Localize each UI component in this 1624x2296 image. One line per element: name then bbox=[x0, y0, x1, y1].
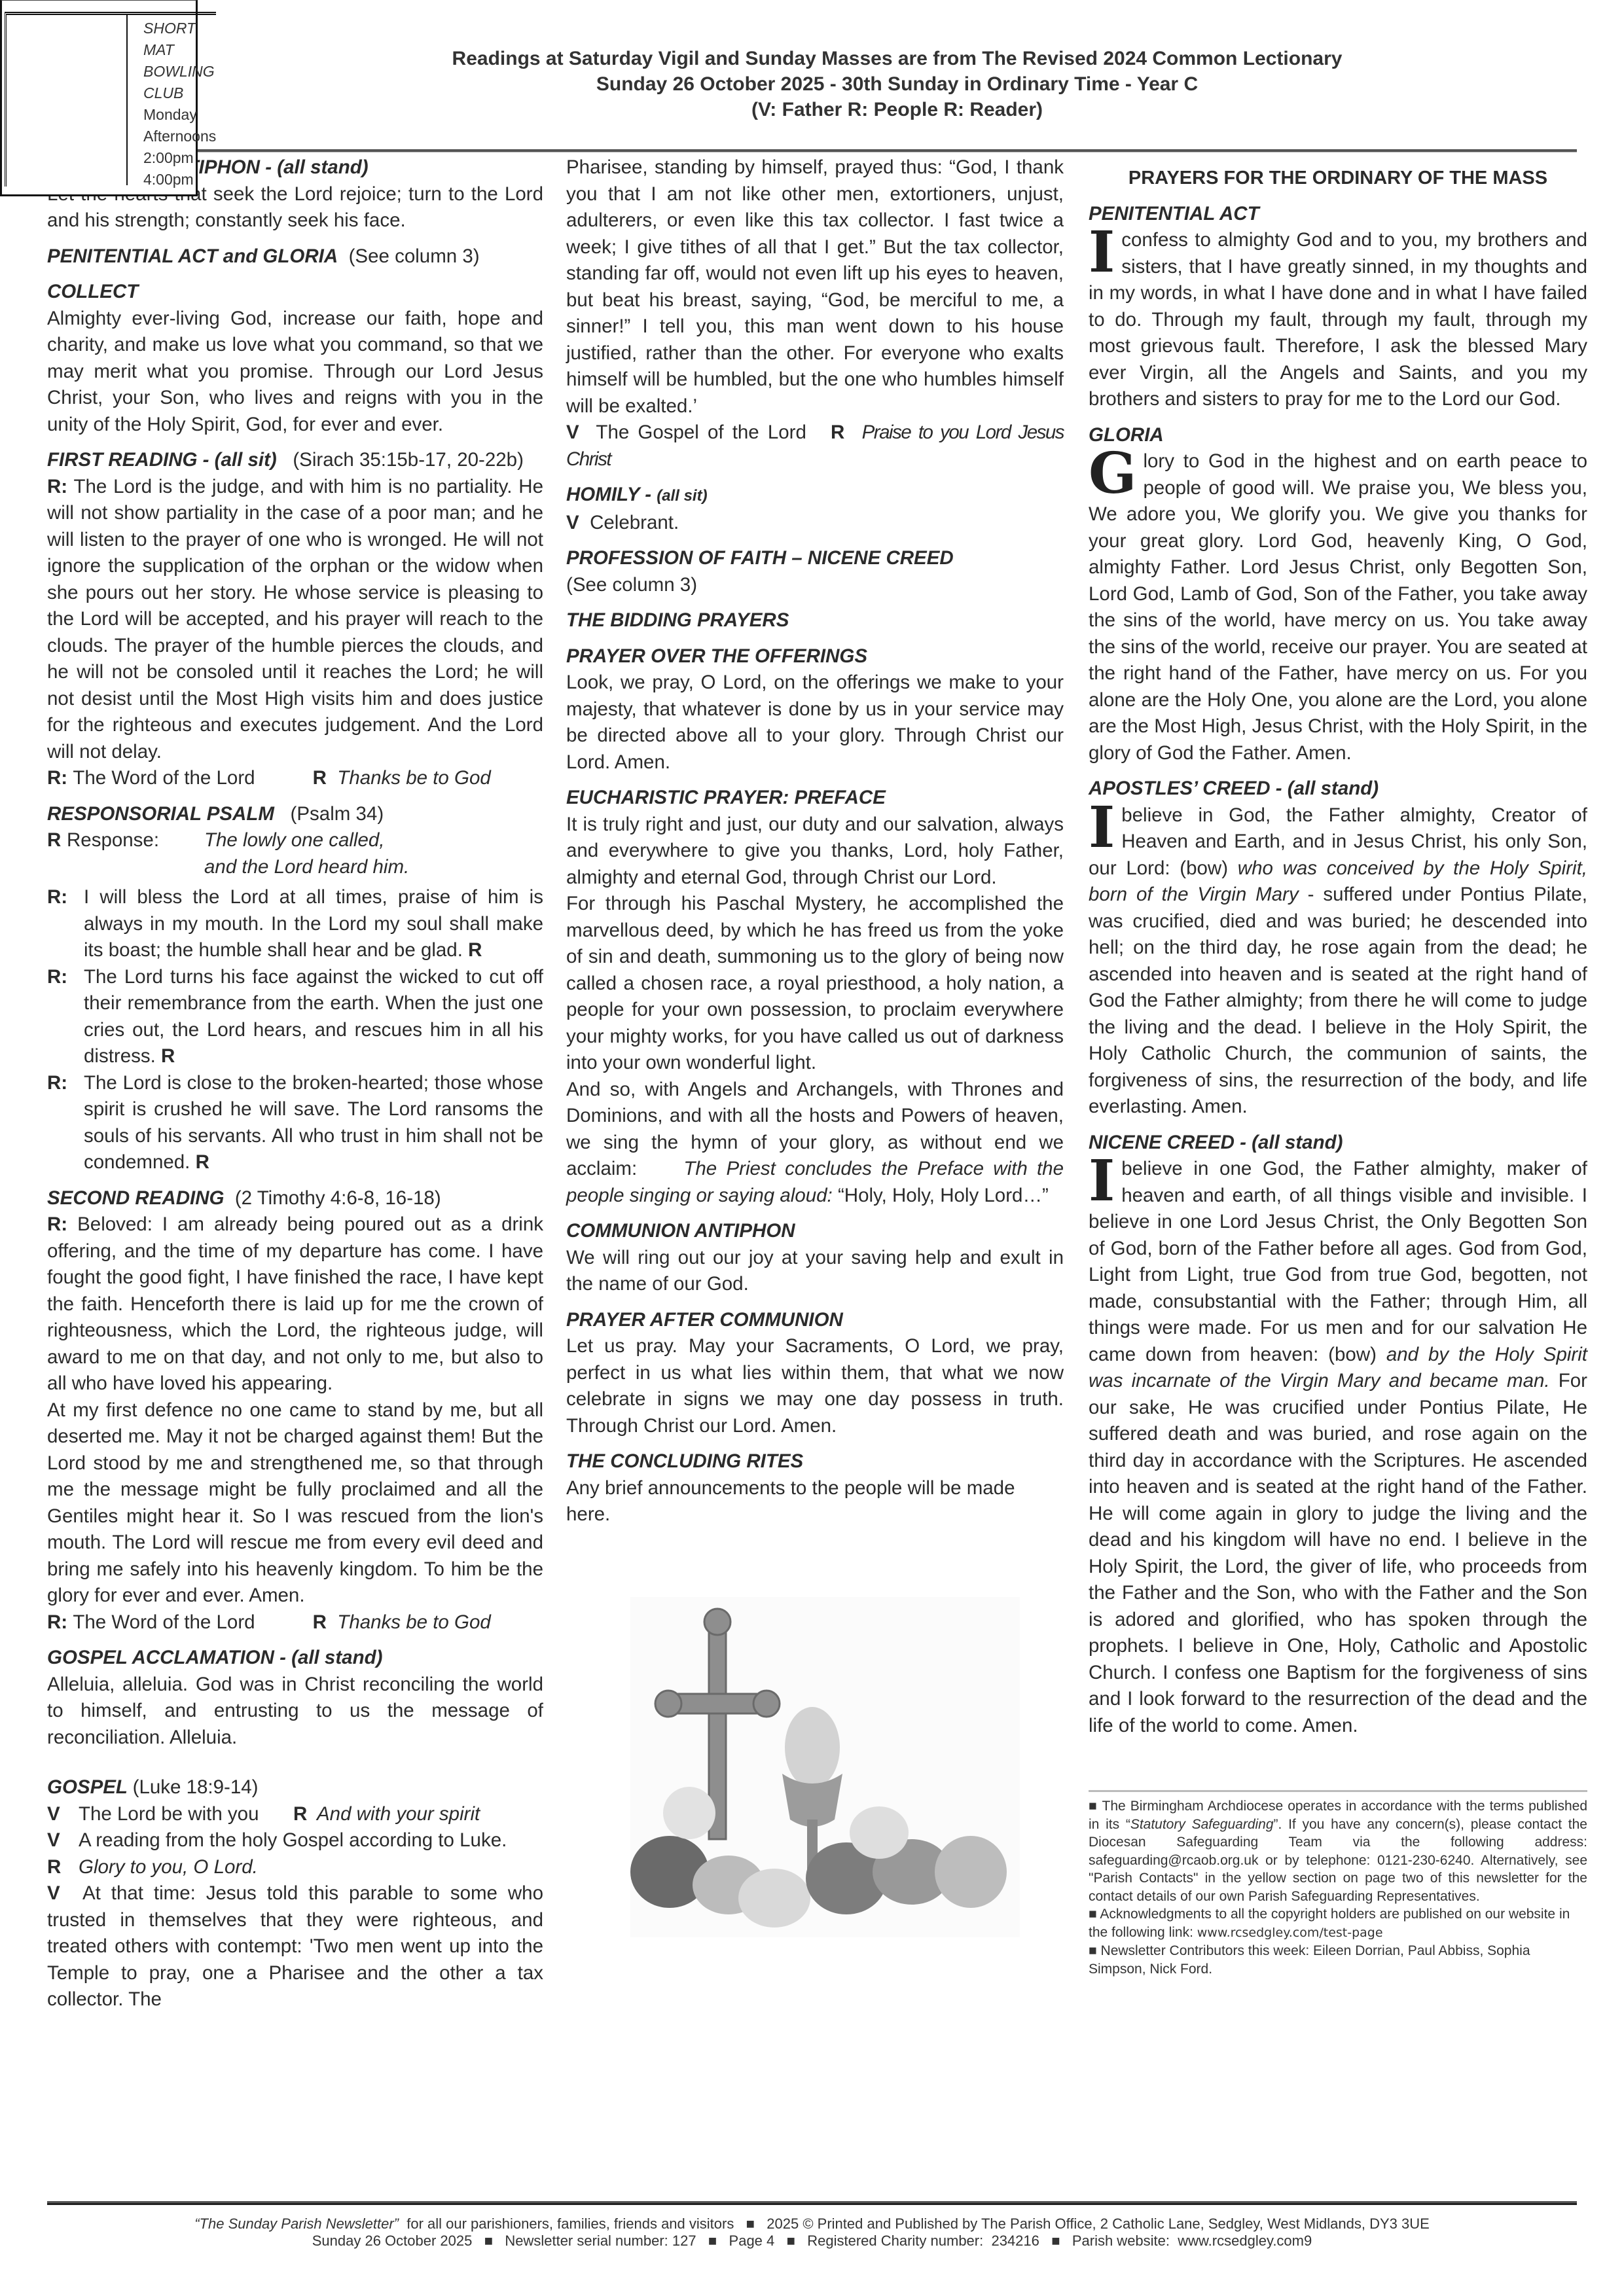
penitential-heading: PENITENTIAL ACT and GLORIA (See column 3… bbox=[47, 243, 543, 270]
header-divider bbox=[196, 149, 1577, 152]
nicene-creed-text: Ibelieve in one God, the Father almighty… bbox=[1089, 1156, 1587, 1739]
first-reading-closing: R: The Word of the Lord R Thanks be to G… bbox=[47, 765, 543, 792]
dropcap-i: I bbox=[1089, 230, 1115, 276]
dropcap-i: I bbox=[1089, 805, 1115, 851]
footer-line-1: “The Sunday Parish Newsletter” for all o… bbox=[0, 2215, 1624, 2233]
response-marker: R bbox=[196, 1151, 209, 1173]
note-contributors: ■ Newsletter Contributors this week: Eil… bbox=[1089, 1942, 1587, 1978]
footer-line-2: Sunday 26 October 2025 ■ Newsletter seri… bbox=[0, 2233, 1624, 2250]
column-3: PRAYERS FOR THE ORDINARY OF THE MASS PEN… bbox=[1089, 154, 1587, 1739]
page-footer: “The Sunday Parish Newsletter” for all o… bbox=[0, 2215, 1624, 2250]
collect-heading: COLLECT bbox=[47, 279, 543, 306]
bowling-club-notice: SHORT MAT BOWLING CLUB Monday Afternoons… bbox=[0, 0, 198, 196]
response-marker: R bbox=[468, 939, 482, 961]
profession-heading: PROFESSION OF FAITH – NICENE CREED bbox=[566, 545, 1064, 572]
gospel-closing: V The Gospel of the Lord R Praise to you… bbox=[566, 420, 1064, 473]
first-reading-heading: FIRST READING - (all sit) (Sirach 35:15b… bbox=[47, 447, 543, 474]
apostles-creed-text: Ibelieve in God, the Father almighty, Cr… bbox=[1089, 802, 1587, 1121]
second-reading-heading: SECOND READING (2 Timothy 4:6-8, 16-18) bbox=[47, 1185, 543, 1212]
gospel-text: VAt that time: Jesus told this parable t… bbox=[47, 1880, 543, 2013]
bullet-icon: ■ bbox=[1089, 1799, 1098, 1814]
concluding-rites-text: Any brief announcements to the people wi… bbox=[566, 1475, 1064, 1528]
response-marker: R bbox=[161, 1045, 175, 1067]
after-communion-heading: PRAYER AFTER COMMUNION bbox=[566, 1307, 1064, 1334]
preface-heading: EUCHARISTIC PRAYER: PREFACE bbox=[566, 785, 1064, 812]
communion-antiphon-text: We will ring out our joy at your saving … bbox=[566, 1245, 1064, 1298]
preface-p3: And so, with Angels and Archangels, with… bbox=[566, 1077, 1064, 1210]
safeguarding-notes: ■ The Birmingham Archdiocese operates in… bbox=[1089, 1790, 1587, 1978]
nicene-creed-heading: NICENE CREED - (all stand) bbox=[1089, 1130, 1587, 1157]
psalm-response: R Response: The lowly one called,and the… bbox=[47, 827, 543, 880]
note-safeguarding: ■ The Birmingham Archdiocese operates in… bbox=[1089, 1797, 1587, 1905]
collect-text: Almighty ever-living God, increase our f… bbox=[47, 306, 543, 439]
psalm-verse-1: R:I will bless the Lord at all times, pr… bbox=[47, 884, 543, 964]
apostles-creed-heading: APOSTLES’ CREED - (all stand) bbox=[1089, 776, 1587, 802]
second-reading-text-1: R: Beloved: I am already being poured ou… bbox=[47, 1211, 543, 1397]
penitential-act-heading: PENITENTIAL ACT bbox=[1089, 201, 1587, 228]
notice-divider bbox=[126, 14, 128, 185]
psalm-verse-2: R:The Lord turns his face against the wi… bbox=[47, 964, 543, 1070]
offerings-heading: PRAYER OVER THE OFFERINGS bbox=[566, 643, 1064, 670]
bullet-icon: ■ bbox=[1089, 1907, 1097, 1922]
profession-ref: (See column 3) bbox=[566, 572, 1064, 599]
gospel-acclamation-heading: GOSPEL ACCLAMATION - (all stand) bbox=[47, 1645, 543, 1672]
second-reading-closing: R: The Word of the Lord R Thanks be to G… bbox=[47, 1609, 543, 1636]
gospel-acclamation-text: Alleluia, alleluia. God was in Christ re… bbox=[47, 1672, 543, 1751]
bullet-icon: ■ bbox=[1089, 1943, 1097, 1958]
column-1: ENTRANCE ANTIPHON - (all stand) Let the … bbox=[47, 154, 543, 2013]
preface-p2: For through his Paschal Mystery, he acco… bbox=[566, 891, 1064, 1077]
dropcap-g: G bbox=[1089, 451, 1136, 497]
gloria-text: Glory to God in the highest and on earth… bbox=[1089, 448, 1587, 766]
gospel-line-1: VThe Lord be with you RAnd with your spi… bbox=[47, 1801, 543, 1828]
website-link[interactable]: www.rcsedgley.com/test-page bbox=[1197, 1926, 1383, 1940]
column-2: Pharisee, standing by himself, prayed th… bbox=[566, 154, 1064, 1528]
communion-antiphon-heading: COMMUNION ANTIPHON bbox=[566, 1218, 1064, 1245]
gospel-line-3: RGlory to you, O Lord. bbox=[47, 1854, 543, 1881]
footer-divider bbox=[47, 2201, 1577, 2205]
notice-text: SHORT MAT BOWLING CLUB Monday Afternoons… bbox=[143, 18, 216, 190]
psalm-heading: RESPONSORIAL PSALM (Psalm 34) bbox=[47, 801, 543, 828]
cross-icon bbox=[630, 1597, 1020, 1937]
penitential-act-text: Iconfess to almighty God and to you, my … bbox=[1089, 227, 1587, 413]
second-reading-text-2: At my first defence no one came to stand… bbox=[47, 1397, 543, 1609]
header-key: (V: Father R: People R: Reader) bbox=[196, 97, 1598, 122]
after-communion-text: Let us pray. May your Sacraments, O Lord… bbox=[566, 1333, 1064, 1439]
first-reading-text: R: The Lord is the judge, and with him i… bbox=[47, 474, 543, 766]
ordinary-title: PRAYERS FOR THE ORDINARY OF THE MASS bbox=[1089, 165, 1587, 192]
offerings-text: Look, we pray, O Lord, on the offerings … bbox=[566, 670, 1064, 776]
header-date: Sunday 26 October 2025 - 30th Sunday in … bbox=[196, 71, 1598, 97]
preface-p1: It is truly right and just, our duty and… bbox=[566, 812, 1064, 891]
concluding-rites-heading: THE CONCLUDING RITES bbox=[566, 1448, 1064, 1475]
note-acknowledgments: ■ Acknowledgments to all the copyright h… bbox=[1089, 1905, 1587, 1942]
bidding-prayers-heading: THE BIDDING PRAYERS bbox=[566, 607, 1064, 634]
cross-chalice-illustration bbox=[630, 1597, 1020, 1937]
gospel-heading: GOSPEL (Luke 18:9-14) bbox=[47, 1774, 543, 1801]
header-lectionary: Readings at Saturday Vigil and Sunday Ma… bbox=[196, 46, 1598, 71]
homily-celebrant: V Celebrant. bbox=[566, 510, 1064, 537]
gospel-line-2: VA reading from the holy Gospel accordin… bbox=[47, 1827, 543, 1854]
gospel-continuation: Pharisee, standing by himself, prayed th… bbox=[566, 154, 1064, 420]
page-header: Readings at Saturday Vigil and Sunday Ma… bbox=[196, 46, 1598, 122]
dropcap-i: I bbox=[1089, 1158, 1115, 1204]
homily-heading: HOMILY - (all sit) bbox=[566, 482, 1064, 510]
gloria-heading: GLORIA bbox=[1089, 422, 1587, 449]
psalm-verse-3: R:The Lord is close to the broken-hearte… bbox=[47, 1070, 543, 1176]
